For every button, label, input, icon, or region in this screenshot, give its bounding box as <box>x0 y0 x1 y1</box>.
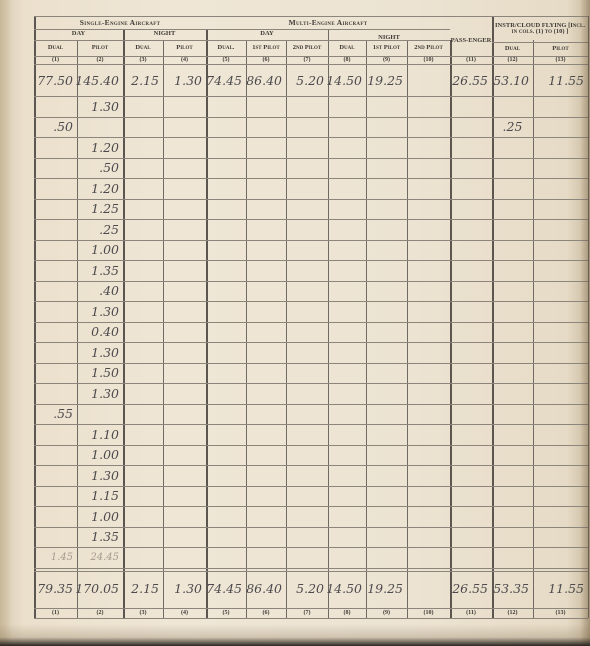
footer-column-number-9: (9) <box>366 608 407 618</box>
entry-pilot: 0.40 <box>77 322 123 343</box>
footer-column-number-10: (10) <box>407 608 450 618</box>
footer-column-number-1: (1) <box>34 608 77 618</box>
column-label-5: Dual. <box>206 40 246 56</box>
entry-dual <box>34 137 77 158</box>
total-col-2: 170.05 <box>77 574 123 604</box>
page-binding-edge <box>0 0 12 646</box>
entry-dual <box>34 342 77 363</box>
subgroup-me-day: DAY <box>206 29 328 40</box>
entry-dual <box>34 240 77 261</box>
entry-dual <box>34 506 77 527</box>
entry-dual <box>34 465 77 486</box>
entry-pilot: 1.30 <box>77 465 123 486</box>
group-multi-engine: Multi-Engine Aircraft <box>206 16 450 29</box>
total-col-9: 19.25 <box>366 574 407 604</box>
page-bottom-shadow <box>0 624 590 646</box>
column-rule <box>163 40 164 618</box>
entry-pilot <box>77 404 123 425</box>
column-label-4: Pilot <box>163 40 206 56</box>
entry-instr-dual <box>492 342 533 363</box>
entry-instr-dual <box>492 158 533 179</box>
entry-instr-dual <box>492 363 533 384</box>
entry-dual <box>34 445 77 466</box>
column-number-9: (9) <box>366 56 407 64</box>
entry-dual: .55 <box>34 404 77 425</box>
column-label-7: 2nd Pilot <box>286 40 328 56</box>
total-col-1: 79.35 <box>34 574 77 604</box>
brought-forward-col-4: 1.30 <box>163 68 206 92</box>
subgroup-se-day: DAY <box>34 29 123 40</box>
entry-pilot: .40 <box>77 281 123 302</box>
column-rule <box>407 40 408 618</box>
entry-instr-dual <box>492 404 533 425</box>
footer-column-number-6: (6) <box>246 608 286 618</box>
entry-dual: .50 <box>34 117 77 138</box>
column-number-5: (5) <box>206 56 246 64</box>
entry-instr-dual <box>492 199 533 220</box>
entry-pilot: 1.35 <box>77 260 123 281</box>
entry-pilot: 1.25 <box>77 199 123 220</box>
entry-pilot: .25 <box>77 219 123 240</box>
entry-pilot: 1.00 <box>77 445 123 466</box>
entry-pilot: 1.00 <box>77 506 123 527</box>
entry-instr-dual <box>492 260 533 281</box>
total-col-6: 86.40 <box>246 574 286 604</box>
totals-double-rule <box>34 571 588 572</box>
entry-dual <box>34 322 77 343</box>
row-rule <box>34 568 588 569</box>
group-passenger: PASS-ENGER <box>450 22 492 60</box>
column-rule <box>366 40 367 618</box>
column-label-10: 2nd Pilot <box>407 40 450 56</box>
column-rule <box>450 40 452 618</box>
brought-forward-col-12: 53.10 <box>492 68 533 92</box>
total-col-3: 2.15 <box>123 574 163 604</box>
column-number-11: (11) <box>450 56 492 64</box>
entry-pilot: 1.10 <box>77 424 123 445</box>
entry-instr-dual <box>492 137 533 158</box>
entry-instr-dual <box>492 301 533 322</box>
total-col-4: 1.30 <box>163 574 206 604</box>
total-col-7: 5.20 <box>286 574 328 604</box>
entry-instr-dual <box>492 322 533 343</box>
column-number-8: (8) <box>328 56 366 64</box>
entry-dual <box>34 260 77 281</box>
column-label-8: Dual <box>328 40 366 56</box>
entry-dual <box>34 527 77 548</box>
total-col-5: 74.45 <box>206 574 246 604</box>
brought-forward-col-1: 77.50 <box>34 68 77 92</box>
entry-instr-dual <box>492 383 533 404</box>
column-rule <box>533 40 534 618</box>
footer-column-number-7: (7) <box>286 608 328 618</box>
entry-dual <box>34 199 77 220</box>
column-label-2: Pilot <box>77 40 123 56</box>
flight-logbook-page: Single-Engine AircraftMulti-Engine Aircr… <box>34 16 590 626</box>
column-label-6: 1st Pilot <box>246 40 286 56</box>
entry-pilot: .50 <box>77 158 123 179</box>
entry-dual <box>34 96 77 117</box>
entry-pilot: 1.30 <box>77 96 123 117</box>
entry-pilot: 1.30 <box>77 301 123 322</box>
group-instr-cloud: INSTR/CLOUD FLYING [Incl. in cols. (1) t… <box>492 16 588 42</box>
entry-dual <box>34 424 77 445</box>
entry-dual <box>34 383 77 404</box>
column-number-3: (3) <box>123 56 163 64</box>
column-number-4: (4) <box>163 56 206 64</box>
column-label-12: Dual <box>492 42 533 56</box>
entry-pilot: 1.15 <box>77 486 123 507</box>
entry-dual <box>34 281 77 302</box>
entry-pilot: 1.00 <box>77 240 123 261</box>
brought-forward-col-5: 74.45 <box>206 68 246 92</box>
column-number-12: (12) <box>492 56 533 64</box>
footer-column-number-11: (11) <box>450 608 492 618</box>
entry-instr-dual <box>492 445 533 466</box>
footer-column-number-3: (3) <box>123 608 163 618</box>
entry-instr-dual <box>492 281 533 302</box>
column-rule <box>246 40 247 618</box>
entry-pilot: 1.35 <box>77 527 123 548</box>
brought-forward-col-11: 26.55 <box>450 68 492 92</box>
entry-pilot: 24.45 <box>77 547 123 568</box>
group-single-engine: Single-Engine Aircraft <box>34 16 206 29</box>
column-label-1: Dual <box>34 40 77 56</box>
entry-instr-dual <box>492 486 533 507</box>
entry-instr-dual <box>492 219 533 240</box>
entry-dual <box>34 363 77 384</box>
brought-forward-col-7: 5.20 <box>286 68 328 92</box>
page-edge-shadow <box>580 0 590 646</box>
entry-dual: 1.45 <box>34 547 77 568</box>
entry-pilot: 1.20 <box>77 137 123 158</box>
entry-instr-dual <box>492 240 533 261</box>
entry-instr-dual <box>492 178 533 199</box>
brought-forward-col-9: 19.25 <box>366 68 407 92</box>
entry-instr-dual: .25 <box>492 117 533 138</box>
entry-instr-dual <box>492 527 533 548</box>
entry-dual <box>34 178 77 199</box>
entry-instr-dual <box>492 547 533 568</box>
entry-pilot: 1.30 <box>77 383 123 404</box>
column-rule <box>286 40 287 618</box>
footer-column-number-8: (8) <box>328 608 366 618</box>
entry-dual <box>34 219 77 240</box>
column-number-1: (1) <box>34 56 77 64</box>
entry-dual <box>34 158 77 179</box>
footer-column-number-5: (5) <box>206 608 246 618</box>
entry-pilot: 1.50 <box>77 363 123 384</box>
brought-forward-col-10 <box>407 68 450 92</box>
brought-forward-col-3: 2.15 <box>123 68 163 92</box>
entry-instr-dual <box>492 465 533 486</box>
entry-pilot <box>77 117 123 138</box>
column-number-6: (6) <box>246 56 286 64</box>
column-label-3: Dual <box>123 40 163 56</box>
number-rule <box>34 64 588 65</box>
entry-instr-dual <box>492 96 533 117</box>
footer-column-number-4: (4) <box>163 608 206 618</box>
subgroup-se-night: NIGHT <box>123 29 206 40</box>
brought-forward-col-8: 14.50 <box>328 68 366 92</box>
footer-column-number-2: (2) <box>77 608 123 618</box>
entry-instr-dual <box>492 506 533 527</box>
brought-forward-col-2: 145.40 <box>77 68 123 92</box>
column-number-10: (10) <box>407 56 450 64</box>
entry-pilot: 1.30 <box>77 342 123 363</box>
footer-bottom-rule <box>34 618 588 619</box>
column-number-2: (2) <box>77 56 123 64</box>
entry-dual <box>34 301 77 322</box>
footer-column-number-12: (12) <box>492 608 533 618</box>
column-number-7: (7) <box>286 56 328 64</box>
total-col-10 <box>407 574 450 604</box>
entry-instr-dual <box>492 424 533 445</box>
total-col-11: 26.55 <box>450 574 492 604</box>
entry-pilot: 1.20 <box>77 178 123 199</box>
total-col-12: 53.35 <box>492 574 533 604</box>
column-label-9: 1st Pilot <box>366 40 407 56</box>
entry-dual <box>34 486 77 507</box>
total-col-8: 14.50 <box>328 574 366 604</box>
brought-forward-col-6: 86.40 <box>246 68 286 92</box>
